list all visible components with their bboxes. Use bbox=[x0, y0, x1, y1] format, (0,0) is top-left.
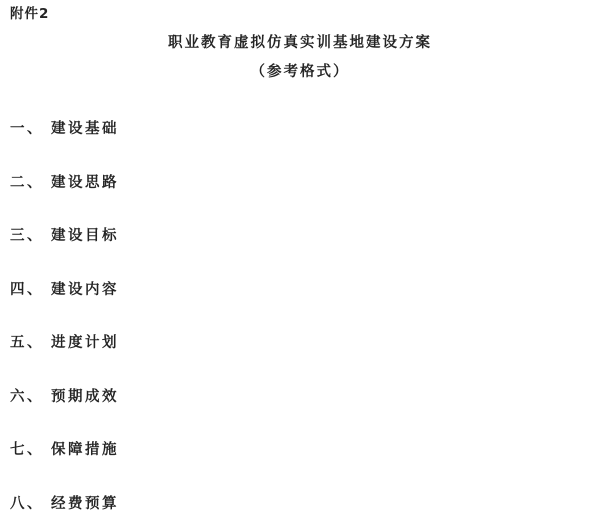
section-heading-7: 七、保障措施 bbox=[10, 443, 119, 458]
section-title: 保障措施 bbox=[51, 442, 119, 458]
section-heading-6: 六、预期成效 bbox=[10, 390, 119, 405]
section-heading-4: 四、建设内容 bbox=[10, 283, 119, 298]
section-number: 五、 bbox=[10, 335, 44, 351]
section-number: 三、 bbox=[10, 228, 44, 244]
section-heading-5: 五、进度计划 bbox=[10, 336, 119, 351]
section-heading-1: 一、建设基础 bbox=[10, 122, 119, 137]
document-page: 附件2 职业教育虚拟仿真实训基地建设方案 （参考格式） 一、建设基础 二、建设思… bbox=[0, 0, 600, 522]
section-number: 一、 bbox=[10, 121, 44, 137]
section-number: 二、 bbox=[10, 175, 44, 191]
section-heading-2: 二、建设思路 bbox=[10, 176, 119, 191]
section-title: 建设内容 bbox=[51, 282, 119, 298]
section-title: 建设目标 bbox=[51, 228, 119, 244]
attachment-label: 附件2 bbox=[10, 6, 49, 22]
section-number: 六、 bbox=[10, 389, 44, 405]
section-title: 建设基础 bbox=[51, 121, 119, 137]
section-list: 一、建设基础 二、建设思路 三、建设目标 四、建设内容 五、进度计划 六、预期成… bbox=[10, 122, 119, 512]
section-heading-8: 八、经费预算 bbox=[10, 497, 119, 512]
section-number: 八、 bbox=[10, 496, 44, 512]
page-title: 职业教育虚拟仿真实训基地建设方案 bbox=[0, 34, 600, 52]
page-subtitle: （参考格式） bbox=[0, 63, 600, 81]
section-title: 建设思路 bbox=[51, 175, 119, 191]
section-title: 进度计划 bbox=[51, 335, 119, 351]
section-title: 预期成效 bbox=[51, 389, 119, 405]
section-heading-3: 三、建设目标 bbox=[10, 229, 119, 244]
section-title: 经费预算 bbox=[51, 496, 119, 512]
section-number: 四、 bbox=[10, 282, 44, 298]
section-number: 七、 bbox=[10, 442, 44, 458]
